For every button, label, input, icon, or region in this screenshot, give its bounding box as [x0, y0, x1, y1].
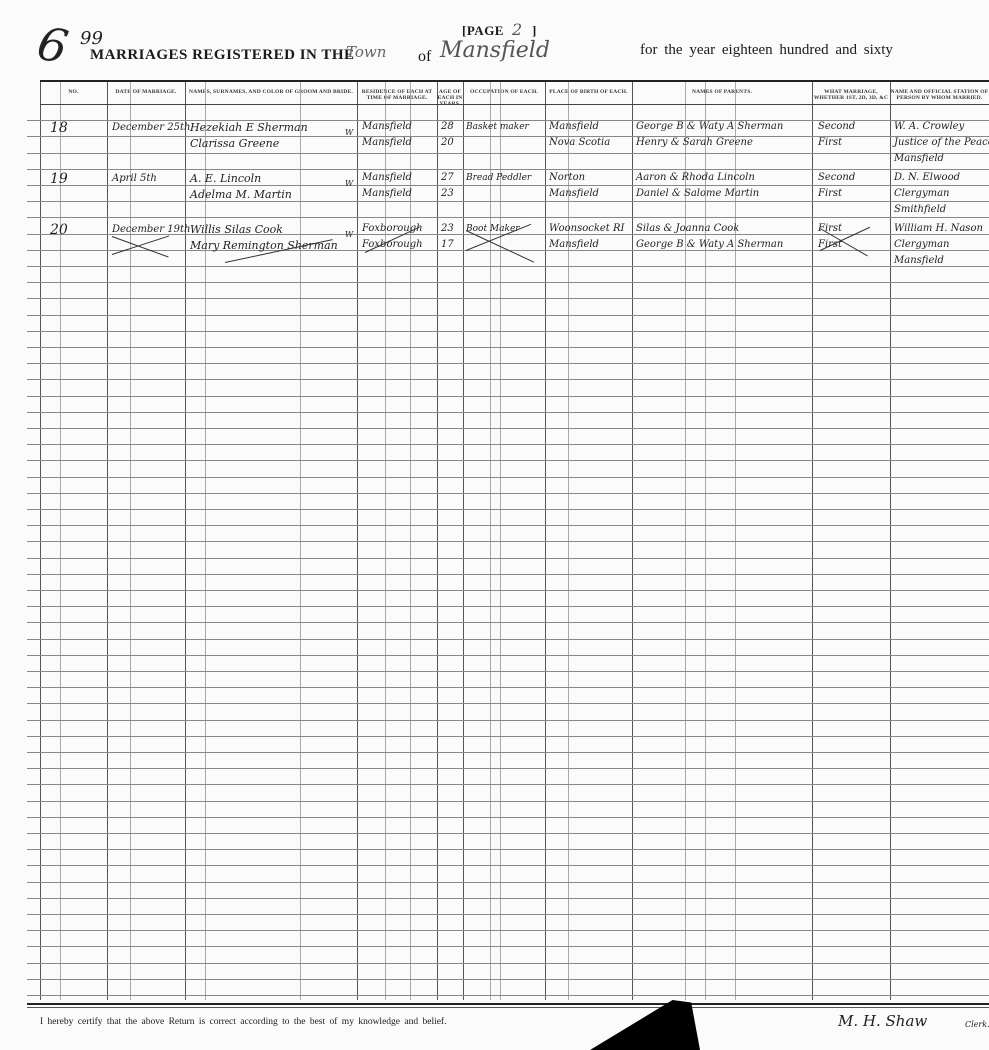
residence: Mansfield: [362, 137, 412, 148]
page-number-handwritten: 99: [80, 28, 103, 49]
column-header-what_marriage: What Marriage, Whether 1st, 2d, 3d, &c: [812, 89, 890, 101]
residence: Mansfield: [362, 188, 412, 199]
row-rule: [27, 185, 989, 186]
row-rule: [27, 817, 989, 818]
bride-name: Adelma M. Martin: [190, 188, 292, 201]
certification-text: I hereby certify that the above Return i…: [40, 1017, 446, 1027]
bride-name: Mary Remington Sherman: [190, 239, 338, 252]
occupation: Basket maker: [466, 122, 529, 132]
officiant: William H. Nason: [894, 223, 983, 234]
officiant: Clergyman: [894, 239, 949, 250]
page-bracket: ]: [532, 23, 537, 39]
parents: Daniel & Salome Martin: [636, 188, 759, 199]
row-rule: [27, 169, 989, 170]
birthplace: Mansfield: [549, 188, 599, 199]
record-number: 19: [50, 171, 68, 187]
marriage-date: April 5th: [112, 173, 157, 184]
bride-name: Clarissa Greene: [190, 137, 279, 150]
row-rule: [27, 298, 989, 299]
marriage-date: December 19th: [112, 224, 190, 235]
color-mark: W: [345, 179, 353, 188]
groom-name: Hezekiah E Sherman: [190, 121, 308, 134]
row-rule: [27, 622, 989, 623]
officiant: W. A. Crowley: [894, 121, 964, 132]
row-rule: [27, 266, 989, 267]
bottom-rule-thin: [27, 1007, 989, 1008]
column-header-no: No.: [40, 89, 107, 95]
column-header-date: Date of Marriage.: [107, 89, 185, 95]
row-rule: [27, 720, 989, 721]
page-title: MARRIAGES REGISTERED IN THE: [90, 47, 355, 64]
row-rule: [27, 282, 989, 283]
row-rule: [27, 331, 989, 332]
row-rule: [27, 412, 989, 413]
row-rule: [27, 914, 989, 915]
page-value: 2: [512, 20, 522, 39]
town-name: Mansfield: [440, 38, 550, 63]
age: 20: [441, 137, 454, 148]
row-rule: [27, 363, 989, 364]
row-rule: [27, 833, 989, 834]
what-marriage: First: [818, 137, 842, 148]
groom-name: Willis Silas Cook: [190, 223, 283, 236]
row-rule: [27, 347, 989, 348]
age: 28: [441, 121, 454, 132]
marriage-date: December 25th: [112, 122, 190, 133]
row-rule: [27, 428, 989, 429]
bottom-rule: [27, 1003, 989, 1005]
birthplace: Nova Scotia: [549, 137, 610, 148]
officiant: Clergyman: [894, 188, 949, 199]
parents: Henry & Sarah Greene: [636, 137, 753, 148]
row-rule: [27, 687, 989, 688]
row-rule: [27, 477, 989, 478]
parents: Aaron & Rhoda Lincoln: [636, 172, 755, 183]
row-rule: [27, 752, 989, 753]
row-rule: [27, 590, 989, 591]
column-header-birthplace: Place of Birth of Each.: [545, 89, 632, 95]
what-marriage: Second: [818, 172, 855, 183]
groom-name: A. E. Lincoln: [190, 172, 261, 185]
color-mark: W: [345, 230, 353, 239]
age: 23: [441, 188, 454, 199]
page-label: [PAGE: [462, 23, 504, 39]
officiant: Mansfield: [894, 153, 944, 164]
row-rule: [27, 930, 989, 931]
margin-note: 6: [33, 16, 73, 75]
row-rule: [27, 946, 989, 947]
occupation: Bread Peddler: [466, 173, 531, 183]
birthplace: Mansfield: [549, 239, 599, 250]
clerk-role: Clerk.: [965, 1020, 989, 1029]
row-rule: [27, 736, 989, 737]
row-rule: [27, 849, 989, 850]
age: 17: [441, 239, 454, 250]
row-rule: [27, 444, 989, 445]
row-rule: [27, 541, 989, 542]
officiant: Smithfield: [894, 204, 946, 215]
row-rule: [27, 995, 989, 996]
column-header-names: Names, Surnames, and Color of Groom and …: [185, 89, 357, 95]
row-rule: [27, 558, 989, 559]
row-rule: [27, 671, 989, 672]
row-rule: [27, 784, 989, 785]
age: 27: [441, 172, 454, 183]
residence: Mansfield: [362, 121, 412, 132]
row-rule: [27, 703, 989, 704]
row-rule: [27, 153, 989, 154]
birthplace: Woonsocket RI: [549, 223, 625, 234]
officiant: Justice of the Peace: [894, 137, 989, 148]
parents: Silas & Joanna Cook: [636, 223, 739, 234]
row-rule: [27, 509, 989, 510]
column-header-parents: Names of Parents.: [632, 89, 812, 95]
birthplace: Mansfield: [549, 121, 599, 132]
what-marriage: First: [818, 188, 842, 199]
row-rule: [27, 217, 989, 218]
row-rule: [27, 801, 989, 802]
row-rule: [27, 768, 989, 769]
row-rule: [27, 493, 989, 494]
record-number: 18: [50, 120, 68, 136]
residence: Mansfield: [362, 172, 412, 183]
clerk-signature: M. H. Shaw: [838, 1012, 927, 1030]
column-header-officiant: Name and Official Station of Person by W…: [890, 89, 989, 101]
column-header-residence: Residence of Each at Time of Marriage.: [357, 89, 437, 101]
row-rule: [27, 963, 989, 964]
header-bottom-rule: [40, 104, 989, 105]
row-rule: [27, 898, 989, 899]
officiant: Mansfield: [894, 255, 944, 266]
row-rule: [27, 979, 989, 980]
column-header-occupation: Occupation of Each.: [463, 89, 545, 95]
row-rule: [27, 315, 989, 316]
row-rule: [27, 525, 989, 526]
row-rule: [27, 201, 989, 202]
age: 23: [441, 223, 454, 234]
row-rule: [27, 639, 989, 640]
row-rule: [27, 396, 989, 397]
parents: George B & Waty A Sherman: [636, 121, 783, 132]
year-text: for the year eighteen hundred and sixty: [640, 42, 893, 59]
row-rule: [27, 655, 989, 656]
what-marriage: Second: [818, 121, 855, 132]
row-rule: [27, 460, 989, 461]
record-number: 20: [50, 222, 68, 238]
row-rule: [27, 379, 989, 380]
of-label: of: [418, 48, 431, 66]
top-rule: [40, 80, 989, 82]
row-rule: [27, 882, 989, 883]
row-rule: [27, 574, 989, 575]
birthplace: Norton: [549, 172, 585, 183]
color-mark: W: [345, 128, 353, 137]
jurisdiction-type: Town: [346, 43, 386, 61]
row-rule: [27, 865, 989, 866]
row-rule: [27, 606, 989, 607]
row-rule: [27, 136, 989, 137]
parents: George B & Waty A Sherman: [636, 239, 783, 250]
officiant: D. N. Elwood: [894, 172, 960, 183]
